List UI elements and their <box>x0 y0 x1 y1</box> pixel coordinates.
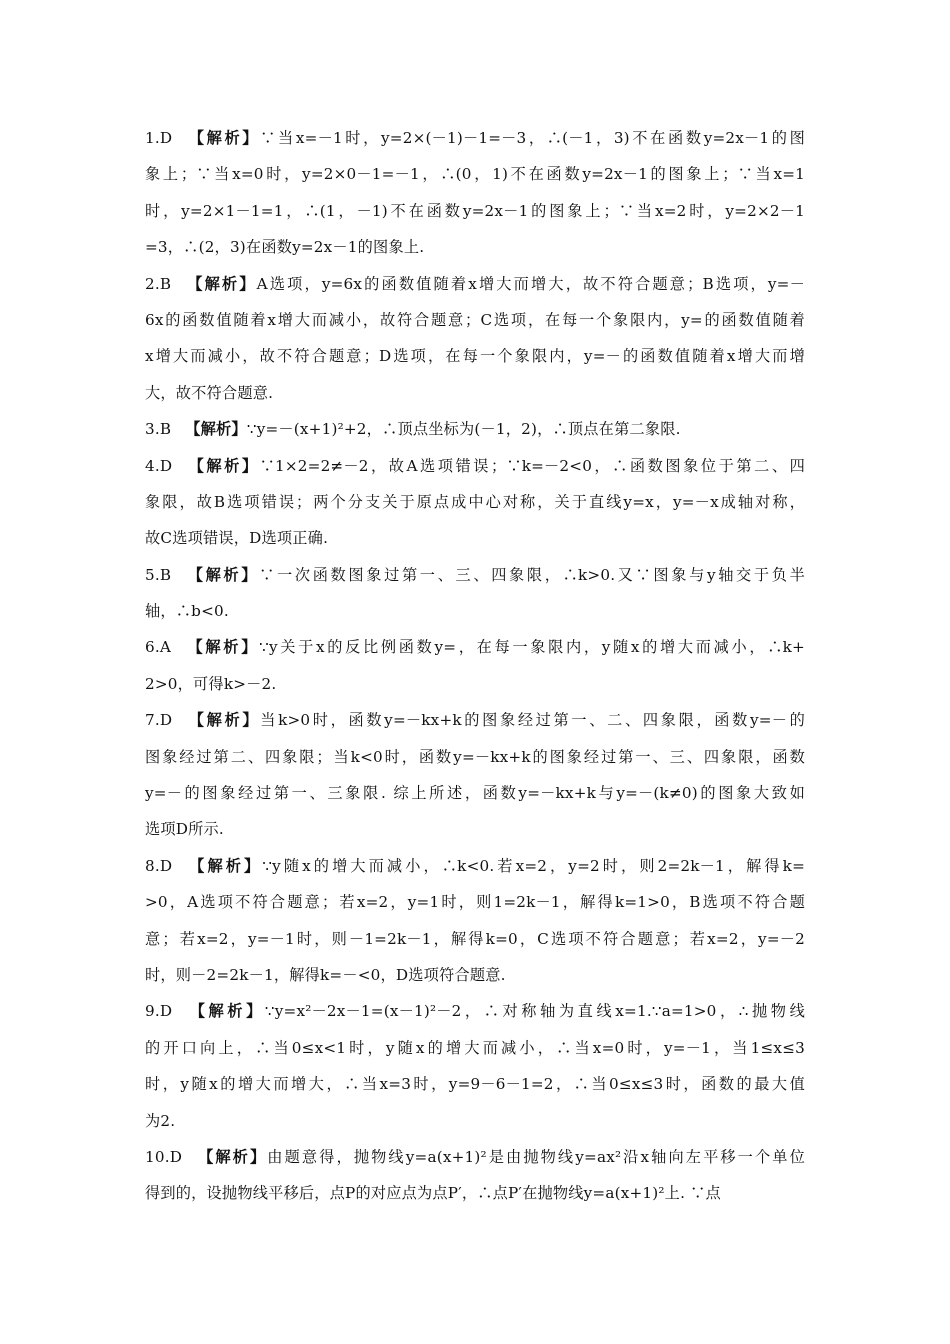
answer-text: 象上；∵当x=0时，y=2×0－1=－1，∴(0，1)不在函数y=2x－1的图象… <box>145 165 805 183</box>
answer-number: 4. <box>145 448 160 484</box>
answer-item-4: 4.D【解析】∵1×2=2≠－2，故A选项错误；∵k=－2<0，∴函数图象位于第… <box>145 448 805 557</box>
answer-line: 轴，∴b<0. <box>145 593 805 629</box>
answer-line: 1.D【解析】∵当x=－1时，y=2×(－1)－1=－3，∴(－1，3)不在函数… <box>145 120 805 156</box>
answer-line: 象上；∵当x=0时，y=2×0－1=－1，∴(0，1)不在函数y=2x－1的图象… <box>145 156 805 192</box>
answer-number: 3. <box>145 411 160 447</box>
analysis-tag: 【解析】 <box>185 566 259 584</box>
analysis-tag: 【解析】 <box>186 711 260 729</box>
answer-item-8: 8.D【解析】∵y随x的增大而减小，∴k<0.若x=2，y=2时，则2=2k－1… <box>145 848 805 994</box>
answer-line: 3.B【解析】∵y=－(x+1)²+2，∴顶点坐标为(－1，2)，∴顶点在第二象… <box>145 411 805 447</box>
answer-line: 时，y=2×1－1=1，∴(1，－1)不在函数y=2x－1的图象上；∵当x=2时… <box>145 193 805 229</box>
answer-line: 选项D所示. <box>145 811 805 847</box>
answer-text: =3，∴(2，3)在函数y=2x－1的图象上. <box>145 238 424 256</box>
answer-text: ∵一次函数图象过第一、三、四象限，∴k>0.又∵图象与y轴交于负半 <box>259 566 805 584</box>
answer-number: 9. <box>145 993 160 1029</box>
answer-line: y=－的图象经过第一、三象限. 综上所述，函数y=－kx+k与y=－(k≠0)的… <box>145 775 805 811</box>
answer-text: ∵y关于x的反比例函数y=，在每一象限内，y随x的增大而减小，∴k+ <box>259 638 805 656</box>
answer-line: 4.D【解析】∵1×2=2≠－2，故A选项错误；∵k=－2<0，∴函数图象位于第… <box>145 448 805 484</box>
answer-text: 故C选项错误，D选项正确. <box>145 529 328 547</box>
answer-text: 时，y随x的增大而增大，∴当x=3时，y=9－6－1=2，∴当0≤x≤3时，函数… <box>145 1075 805 1093</box>
answer-text: 2>0，可得k>－2. <box>145 675 276 693</box>
answer-line: 10.D【解析】由题意得，抛物线y=a(x+1)²是由抛物线y=ax²沿x轴向左… <box>145 1139 805 1175</box>
answer-item-10: 10.D【解析】由题意得，抛物线y=a(x+1)²是由抛物线y=ax²沿x轴向左… <box>145 1139 805 1212</box>
answer-choice: D <box>170 1139 182 1175</box>
answer-text: 为2. <box>145 1112 175 1130</box>
answer-document: 1.D【解析】∵当x=－1时，y=2×(－1)－1=－3，∴(－1，3)不在函数… <box>145 120 805 1212</box>
answer-text: ∵y=－(x+1)²+2，∴顶点坐标为(－1，2)，∴顶点在第二象限. <box>247 420 681 438</box>
analysis-tag: 【解析】 <box>185 420 247 438</box>
answer-choice: D <box>160 702 172 738</box>
answer-item-1: 1.D【解析】∵当x=－1时，y=2×(－1)－1=－3，∴(－1，3)不在函数… <box>145 120 805 266</box>
answer-text: >0，A选项不符合题意；若x=2，y=1时，则1=2k－1，解得k=1>0，B选… <box>145 893 805 911</box>
answer-line: 意；若x=2，y=－1时，则－1=2k－1，解得k=0，C选项不符合题意；若x=… <box>145 921 805 957</box>
answer-line: 为2. <box>145 1103 805 1139</box>
answer-choice: B <box>160 557 171 593</box>
analysis-tag: 【解析】 <box>186 129 260 147</box>
answer-line: 大，故不符合题意. <box>145 375 805 411</box>
answer-choice: D <box>160 993 172 1029</box>
answer-number: 8. <box>145 848 160 884</box>
answer-item-9: 9.D【解析】∵y=x²－2x－1=(x－1)²－2，∴对称轴为直线x=1.∵a… <box>145 993 805 1139</box>
answer-line: =3，∴(2，3)在函数y=2x－1的图象上. <box>145 229 805 265</box>
answer-choice: B <box>160 411 171 447</box>
answer-line: 7.D【解析】当k>0时，函数y=－kx+k的图象经过第一、二、四象限，函数y=… <box>145 702 805 738</box>
answer-text: y=－的图象经过第一、三象限. 综上所述，函数y=－kx+k与y=－(k≠0)的… <box>145 784 805 802</box>
answer-text: ∵y随x的增大而减小，∴k<0.若x=2，y=2时，则2=2k－1，解得k= <box>262 857 805 875</box>
analysis-tag: 【解析】 <box>196 1148 267 1166</box>
answer-line: 象限，故B选项错误；两个分支关于原点成中心对称，关于直线y=x，y=－x成轴对称… <box>145 484 805 520</box>
answer-line: 6.A【解析】∵y关于x的反比例函数y=，在每一象限内，y随x的增大而减小，∴k… <box>145 629 805 665</box>
answer-text: A选项，y=6x的函数值随着x增大而增大，故不符合题意；B选项，y=－ <box>257 275 805 293</box>
answer-line: 6x的函数值随着x增大而减小，故符合题意；C选项，在每一个象限内，y=的函数值随… <box>145 302 805 338</box>
answer-choice: A <box>160 629 171 665</box>
analysis-tag: 【解析】 <box>186 1002 265 1020</box>
answer-text: ∵1×2=2≠－2，故A选项错误；∵k=－2<0，∴函数图象位于第二、四 <box>260 457 805 475</box>
answer-line: 5.B【解析】∵一次函数图象过第一、三、四象限，∴k>0.又∵图象与y轴交于负半 <box>145 557 805 593</box>
answer-line: >0，A选项不符合题意；若x=2，y=1时，则1=2k－1，解得k=1>0，B选… <box>145 884 805 920</box>
answer-text: 6x的函数值随着x增大而减小，故符合题意；C选项，在每一个象限内，y=的函数值随… <box>145 311 805 329</box>
answer-line: 时，y随x的增大而增大，∴当x=3时，y=9－6－1=2，∴当0≤x≤3时，函数… <box>145 1066 805 1102</box>
answer-line: 时，则－2=2k－1，解得k=－<0，D选项符合题意. <box>145 957 805 993</box>
answer-item-3: 3.B【解析】∵y=－(x+1)²+2，∴顶点坐标为(－1，2)，∴顶点在第二象… <box>145 411 805 447</box>
answer-text: ∵y=x²－2x－1=(x－1)²－2，∴对称轴为直线x=1.∵a=1>0，∴抛… <box>265 1002 805 1020</box>
answer-choice: B <box>160 266 171 302</box>
answer-number: 2. <box>145 266 160 302</box>
answer-text: 大，故不符合题意. <box>145 384 273 402</box>
answer-line: 得到的，设抛物线平移后，点P的对应点为点P′，∴点P′在抛物线y=a(x+1)²… <box>145 1175 805 1211</box>
analysis-tag: 【解析】 <box>186 857 262 875</box>
answer-line: 2.B【解析】A选项，y=6x的函数值随着x增大而增大，故不符合题意；B选项，y… <box>145 266 805 302</box>
answer-line: 图象经过第二、四象限；当k<0时，函数y=－kx+k的图象经过第一、三、四象限，… <box>145 739 805 775</box>
answer-item-2: 2.B【解析】A选项，y=6x的函数值随着x增大而增大，故不符合题意；B选项，y… <box>145 266 805 412</box>
answer-line: x增大而减小，故不符合题意；D选项，在每一个象限内，y=－的函数值随着x增大而增 <box>145 338 805 374</box>
answer-choice: D <box>160 120 172 156</box>
analysis-tag: 【解析】 <box>185 275 256 293</box>
answer-line: 8.D【解析】∵y随x的增大而减小，∴k<0.若x=2，y=2时，则2=2k－1… <box>145 848 805 884</box>
answer-text: 当k>0时，函数y=－kx+k的图象经过第一、二、四象限，函数y=－的 <box>260 711 805 729</box>
answer-number: 1. <box>145 120 160 156</box>
analysis-tag: 【解析】 <box>186 457 259 475</box>
answer-item-6: 6.A【解析】∵y关于x的反比例函数y=，在每一象限内，y随x的增大而减小，∴k… <box>145 629 805 702</box>
answer-number: 6. <box>145 629 160 665</box>
answer-line: 9.D【解析】∵y=x²－2x－1=(x－1)²－2，∴对称轴为直线x=1.∵a… <box>145 993 805 1029</box>
answer-text: ∵当x=－1时，y=2×(－1)－1=－3，∴(－1，3)不在函数y=2x－1的… <box>260 129 805 147</box>
answer-text: 由题意得，抛物线y=a(x+1)²是由抛物线y=ax²沿x轴向左平移一个单位 <box>267 1148 805 1166</box>
answer-text: 得到的，设抛物线平移后，点P的对应点为点P′，∴点P′在抛物线y=a(x+1)²… <box>145 1184 721 1202</box>
answer-text: 图象经过第二、四象限；当k<0时，函数y=－kx+k的图象经过第一、三、四象限，… <box>145 748 805 766</box>
answer-number: 7. <box>145 702 160 738</box>
answer-choice: D <box>160 448 172 484</box>
answer-line: 的开口向上，∴当0≤x<1时，y随x的增大而减小，∴当x=0时，y=－1，当1≤… <box>145 1030 805 1066</box>
answer-text: 意；若x=2，y=－1时，则－1=2k－1，解得k=0，C选项不符合题意；若x=… <box>145 930 805 948</box>
answer-item-5: 5.B【解析】∵一次函数图象过第一、三、四象限，∴k>0.又∵图象与y轴交于负半… <box>145 557 805 630</box>
answer-text: 轴，∴b<0. <box>145 602 229 620</box>
answer-line: 2>0，可得k>－2. <box>145 666 805 702</box>
answer-item-7: 7.D【解析】当k>0时，函数y=－kx+k的图象经过第一、二、四象限，函数y=… <box>145 702 805 848</box>
answer-number: 10. <box>145 1139 170 1175</box>
answer-text: 时，y=2×1－1=1，∴(1，－1)不在函数y=2x－1的图象上；∵当x=2时… <box>145 202 805 220</box>
answer-text: 象限，故B选项错误；两个分支关于原点成中心对称，关于直线y=x，y=－x成轴对称… <box>145 493 805 511</box>
answer-number: 5. <box>145 557 160 593</box>
answer-text: x增大而减小，故不符合题意；D选项，在每一个象限内，y=－的函数值随着x增大而增 <box>145 347 805 365</box>
answer-text: 选项D所示. <box>145 820 224 838</box>
analysis-tag: 【解析】 <box>185 638 259 656</box>
answer-text: 时，则－2=2k－1，解得k=－<0，D选项符合题意. <box>145 966 506 984</box>
answer-line: 故C选项错误，D选项正确. <box>145 520 805 556</box>
answer-choice: D <box>160 848 172 884</box>
answer-text: 的开口向上，∴当0≤x<1时，y随x的增大而减小，∴当x=0时，y=－1，当1≤… <box>145 1039 805 1057</box>
